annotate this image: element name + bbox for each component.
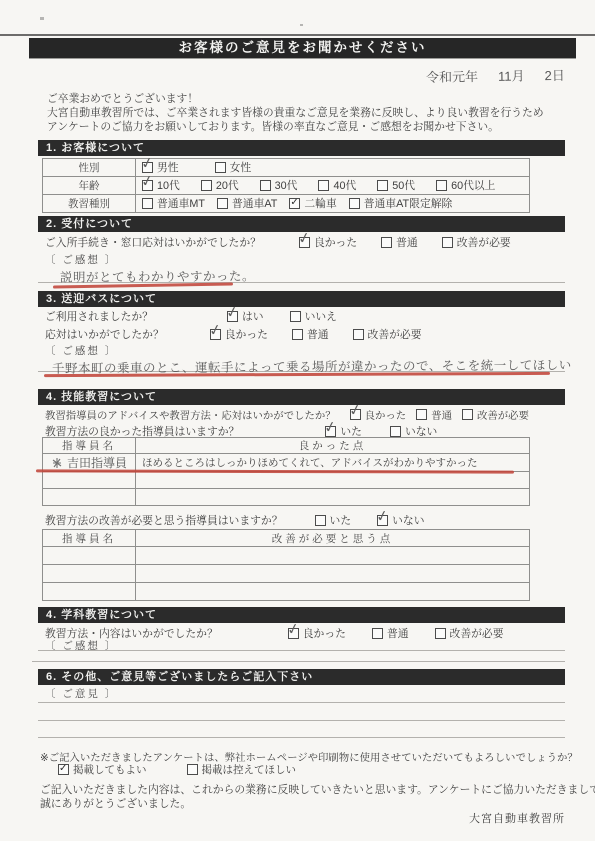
date-day: 2日 bbox=[545, 68, 565, 83]
option-label: 普通車AT限定解除 bbox=[364, 196, 453, 211]
good-instructor-no-checkbox[interactable] bbox=[390, 426, 401, 437]
option-label: 良かった bbox=[314, 235, 357, 250]
instructor-name-cell[interactable] bbox=[43, 472, 136, 489]
age-30s-checkbox[interactable] bbox=[260, 180, 271, 191]
reception-good-checkbox[interactable] bbox=[299, 237, 310, 248]
option-label: 改善が必要 bbox=[450, 626, 504, 641]
age-10s-checkbox[interactable] bbox=[142, 180, 153, 191]
option-label: 改善が必要 bbox=[457, 235, 511, 250]
table-row bbox=[43, 565, 530, 583]
age-20s-checkbox[interactable] bbox=[201, 180, 212, 191]
option-reception-normal[interactable]: 普通 bbox=[381, 235, 418, 250]
option-label: いない bbox=[392, 513, 424, 528]
at-limit-release-checkbox[interactable] bbox=[349, 198, 360, 209]
option-label: 20代 bbox=[216, 178, 239, 193]
bus-yes-checkbox[interactable] bbox=[227, 311, 238, 322]
motorcycle-checkbox[interactable] bbox=[289, 198, 300, 209]
table-header-row: 指導員名 改善が必要と思う点 bbox=[43, 530, 530, 547]
option-age-20s[interactable]: 20代 bbox=[201, 178, 239, 193]
option-academic-normal[interactable]: 普通 bbox=[372, 626, 409, 641]
option-car-mt[interactable]: 普通車MT bbox=[142, 196, 205, 211]
instructor-name-header: 指導員名 bbox=[43, 438, 136, 454]
instructor-advice-question: 教習指導員のアドバイスや教習方法・応対はいかがでしたか？ bbox=[45, 407, 336, 422]
option-label: はい bbox=[242, 309, 264, 324]
option-label: 良かった bbox=[225, 327, 268, 342]
comment-write-line[interactable] bbox=[38, 720, 565, 721]
option-label: 50代 bbox=[392, 178, 415, 193]
option-label: 良かった bbox=[303, 626, 346, 641]
improve-instructor-no-checkbox[interactable] bbox=[377, 515, 388, 526]
car-mt-checkbox[interactable] bbox=[142, 198, 153, 209]
option-label: 二輪車 bbox=[304, 196, 336, 211]
option-label: 男性 bbox=[157, 160, 179, 175]
comment-write-line[interactable] bbox=[38, 737, 565, 738]
instructor-name-handwriting: 吉田指導員 bbox=[67, 454, 127, 471]
option-bus-no[interactable]: いいえ bbox=[290, 309, 337, 324]
bus-used-question: ご利用されましたか？ bbox=[45, 309, 153, 324]
improve-points-header: 改善が必要と思う点 bbox=[136, 530, 530, 547]
option-age-40s[interactable]: 40代 bbox=[318, 178, 356, 193]
option-label: 普通 bbox=[431, 407, 452, 422]
gender-label: 性別 bbox=[43, 159, 136, 177]
good-point-cell[interactable] bbox=[136, 489, 530, 506]
section-4-academic-header: 4. 学科教習について bbox=[38, 607, 565, 623]
bus-good-checkbox[interactable] bbox=[210, 329, 221, 340]
bus-normal-checkbox[interactable] bbox=[292, 329, 303, 340]
good-instructor-yes-checkbox[interactable] bbox=[325, 426, 336, 437]
comment-write-line[interactable] bbox=[38, 702, 565, 703]
section-6-header: 6. その他、ご意見等ございましたらご記入下さい bbox=[38, 669, 565, 685]
option-academic-needs-improvement[interactable]: 改善が必要 bbox=[435, 626, 504, 641]
bus-comment-label: 〔 ご感想 〕 bbox=[45, 343, 117, 358]
intro-paragraph: ご卒業おめでとうございます！ 大宮自動車教習所では、ご卒業されます皆様の貴重なご… bbox=[47, 93, 544, 134]
age-60s-checkbox[interactable] bbox=[436, 180, 447, 191]
section-4-skill-header: 4. 技能教習について bbox=[38, 389, 565, 405]
option-age-10s[interactable]: 10代 bbox=[142, 178, 180, 193]
scan-speck bbox=[300, 24, 303, 26]
instructor-name-cell[interactable] bbox=[43, 547, 136, 565]
scribble-mark bbox=[51, 457, 63, 469]
option-improve-instructor-no[interactable]: いない bbox=[377, 513, 424, 528]
option-label: 普通 bbox=[387, 626, 409, 641]
school-signature: 大宮自動車教習所 bbox=[469, 810, 565, 826]
bus-service-question: 応対はいかがでしたか？ bbox=[45, 327, 164, 342]
improve-point-cell[interactable] bbox=[136, 547, 530, 565]
comment-write-line[interactable] bbox=[32, 661, 565, 662]
option-label: 女性 bbox=[230, 160, 252, 175]
improve-instructor-yes-checkbox[interactable] bbox=[315, 515, 326, 526]
table-row: 年齢 10代 20代 30代 40代 50代 60代以上 bbox=[43, 177, 530, 195]
section-3-header: 3. 送迎バスについて bbox=[38, 291, 565, 307]
option-motorcycle[interactable]: 二輪車 bbox=[289, 196, 336, 211]
instructor-name-cell[interactable] bbox=[43, 565, 136, 583]
option-age-50s[interactable]: 50代 bbox=[377, 178, 415, 193]
reception-normal-checkbox[interactable] bbox=[381, 237, 392, 248]
reception-improve-checkbox[interactable] bbox=[442, 237, 453, 248]
option-label: 60代以上 bbox=[451, 178, 495, 193]
scan-artifact-line bbox=[0, 34, 595, 36]
skill-good-checkbox[interactable] bbox=[350, 409, 361, 420]
comment-write-line[interactable] bbox=[38, 650, 565, 651]
skill-normal-checkbox[interactable] bbox=[416, 409, 427, 420]
option-bus-normal[interactable]: 普通 bbox=[292, 327, 329, 342]
closing-paragraph: ご記入いただきました内容は、これからの業務に反映していきたいと思います。アンケー… bbox=[40, 784, 595, 812]
option-publication-decline[interactable]: 掲載は控えてほしい bbox=[187, 762, 297, 777]
option-bus-good[interactable]: 良かった bbox=[210, 327, 268, 342]
option-skill-needs-improvement[interactable]: 改善が必要 bbox=[462, 407, 529, 422]
option-label: 普通車AT bbox=[232, 196, 277, 211]
improve-point-cell[interactable] bbox=[136, 583, 530, 601]
option-age-30s[interactable]: 30代 bbox=[260, 178, 298, 193]
option-skill-good[interactable]: 良かった bbox=[350, 407, 407, 422]
option-label: いた bbox=[330, 513, 352, 528]
option-publication-ok[interactable]: 掲載してもよい bbox=[58, 762, 147, 777]
scan-speck bbox=[40, 17, 44, 20]
instructor-name-cell[interactable] bbox=[43, 489, 136, 506]
intro-line-3: アンケートのご協力をお願いしております。皆様の率直なご意見・ご感想をお聞かせ下さ… bbox=[47, 121, 544, 135]
female-checkbox[interactable] bbox=[215, 162, 226, 173]
option-label: 10代 bbox=[157, 178, 180, 193]
customer-info-table: 性別 男性 女性 年齢 10代 20代 30代 40代 50代 60代以上 bbox=[42, 158, 530, 213]
option-label: 良かった bbox=[365, 407, 407, 422]
publication-decline-checkbox[interactable] bbox=[187, 764, 198, 775]
table-row: 教習種別 普通車MT 普通車AT 二輪車 普通車AT限定解除 bbox=[43, 195, 530, 213]
form-title: お客様のご意見をお聞かせください bbox=[29, 38, 576, 58]
age-label: 年齢 bbox=[43, 177, 136, 195]
bus-improve-checkbox[interactable] bbox=[353, 329, 364, 340]
option-label: いいえ bbox=[305, 309, 337, 324]
improve-point-cell[interactable] bbox=[136, 565, 530, 583]
option-label: 普通 bbox=[396, 235, 418, 250]
skill-improve-checkbox[interactable] bbox=[462, 409, 473, 420]
table-row bbox=[43, 583, 530, 601]
academic-improve-checkbox[interactable] bbox=[435, 628, 446, 639]
option-label: 普通車MT bbox=[157, 196, 205, 211]
option-academic-good[interactable]: 良かった bbox=[288, 626, 346, 641]
option-label: 普通 bbox=[307, 327, 329, 342]
option-age-60s-plus[interactable]: 60代以上 bbox=[436, 178, 495, 193]
option-label: 掲載は控えてほしい bbox=[202, 762, 297, 777]
section-1-header: 1. お客様について bbox=[38, 140, 565, 156]
bus-no-checkbox[interactable] bbox=[290, 311, 301, 322]
handwritten-date[interactable]: 令和元年11月2日 bbox=[406, 65, 565, 86]
good-point-cell[interactable] bbox=[136, 472, 530, 489]
good-points-header: 良かった点 bbox=[136, 438, 530, 454]
table-row bbox=[43, 489, 530, 506]
option-improve-instructor-yes[interactable]: いた bbox=[315, 513, 352, 528]
age-40s-checkbox[interactable] bbox=[318, 180, 329, 191]
date-month: 11月 bbox=[498, 68, 525, 83]
option-label: 30代 bbox=[275, 178, 298, 193]
intro-line-1: ご卒業おめでとうございます！ bbox=[47, 93, 544, 107]
publication-ok-checkbox[interactable] bbox=[58, 764, 69, 775]
option-at-limit-release[interactable]: 普通車AT限定解除 bbox=[349, 196, 453, 211]
table-row bbox=[43, 472, 530, 489]
reception-comment-label: 〔 ご感想 〕 bbox=[45, 252, 117, 267]
instructor-name-cell[interactable] bbox=[43, 583, 136, 601]
closing-line-1: ご記入いただきました内容は、これからの業務に反映していきたいと思います。アンケー… bbox=[40, 784, 595, 798]
improve-instructor-question: 教習方法の改善が必要と思う指導員はいますか？ bbox=[45, 513, 283, 528]
car-at-checkbox[interactable] bbox=[217, 198, 228, 209]
academic-good-checkbox[interactable] bbox=[288, 628, 299, 639]
option-car-at[interactable]: 普通車AT bbox=[217, 196, 277, 211]
option-skill-normal[interactable]: 普通 bbox=[416, 407, 452, 422]
academic-normal-checkbox[interactable] bbox=[372, 628, 383, 639]
course-type-label: 教習種別 bbox=[43, 195, 136, 213]
improve-instructor-table: 指導員名 改善が必要と思う点 bbox=[42, 529, 530, 601]
option-bus-yes[interactable]: はい bbox=[227, 309, 264, 324]
option-female[interactable]: 女性 bbox=[215, 160, 252, 175]
age-50s-checkbox[interactable] bbox=[377, 180, 388, 191]
option-bus-needs-improvement[interactable]: 改善が必要 bbox=[353, 327, 422, 342]
other-comment-label: 〔 ご意見 〕 bbox=[45, 686, 117, 701]
instructor-name-header: 指導員名 bbox=[43, 530, 136, 547]
option-reception-good[interactable]: 良かった bbox=[299, 235, 357, 250]
option-label: 掲載してもよい bbox=[73, 762, 147, 777]
option-reception-needs-improvement[interactable]: 改善が必要 bbox=[442, 235, 511, 250]
intro-line-2: 大宮自動車教習所では、ご卒業されます皆様の貴重なご意見を業務に反映し、より良い教… bbox=[47, 107, 544, 121]
table-header-row: 指導員名 良かった点 bbox=[43, 438, 530, 454]
survey-form-page: お客様のご意見をお聞かせください 令和元年11月2日 ご卒業おめでとうございます… bbox=[0, 0, 595, 841]
option-label: 改善が必要 bbox=[368, 327, 422, 342]
table-row bbox=[43, 547, 530, 565]
option-label: 40代 bbox=[333, 178, 356, 193]
reception-question: ご入所手続き・窓口応対はいかがでしたか？ bbox=[45, 235, 261, 250]
table-row: 性別 男性 女性 bbox=[43, 159, 530, 177]
date-era: 令和元年 bbox=[426, 69, 478, 85]
option-label: 改善が必要 bbox=[477, 407, 529, 422]
